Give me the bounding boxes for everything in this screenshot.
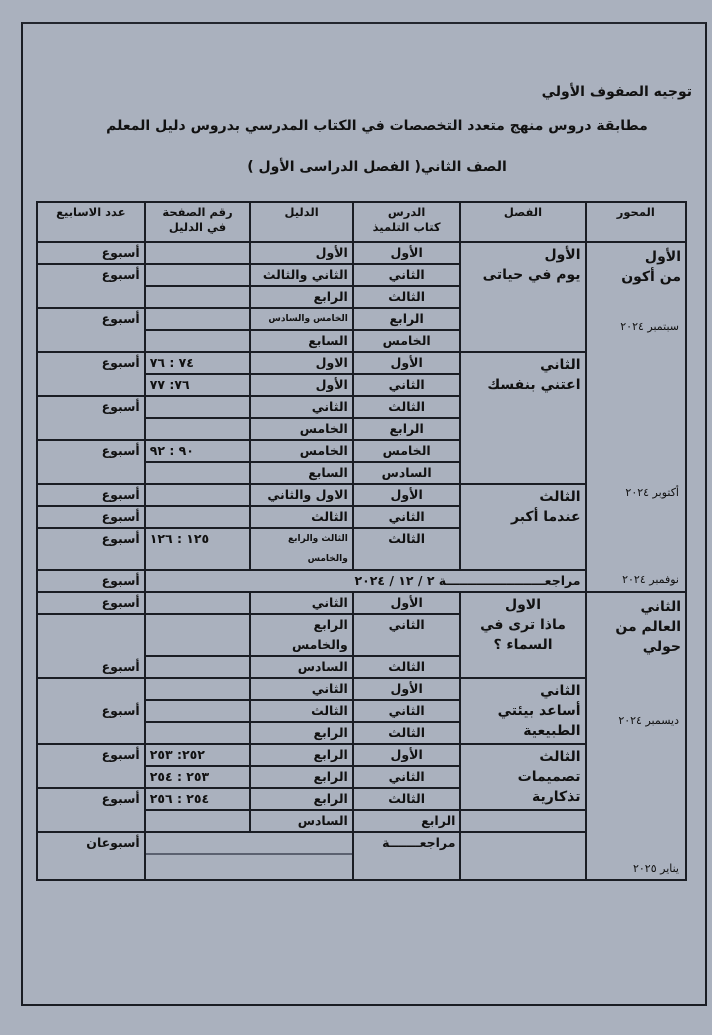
header-page: رقم الصفحةفي الدليل xyxy=(145,202,251,242)
header-fasl: الفصل xyxy=(460,202,585,242)
grade-term-title: الصف الثاني( الفصل الدراسى الأول ) xyxy=(0,159,712,175)
month-label: أكتوبر ٢٠٢٤ xyxy=(625,483,679,503)
header-dars: الدرسكتاب التلميذ xyxy=(353,202,461,242)
axis-cell: الثاني العالم من حولي ديسمبر ٢٠٢٤ يناير … xyxy=(586,592,686,880)
chapter-cell: الثالث عندما أكبر xyxy=(460,484,585,570)
header-weeks: عدد الاسابيع xyxy=(37,202,145,242)
table-row: الأول من أكون سبتمبر ٢٠٢٤ أكتوبر ٢٠٢٤ نو… xyxy=(37,242,686,264)
month-label: نوفمبر ٢٠٢٤ xyxy=(622,570,679,590)
document-subtitle: مطابقة دروس منهج متعدد التخصصات في الكتا… xyxy=(0,118,712,134)
chapter-cell: الأول يوم في حياتى xyxy=(460,242,585,352)
table-header-row: المحور الفصل الدرسكتاب التلميذ الدليل رق… xyxy=(37,202,686,242)
header-mihwar: المحور xyxy=(586,202,686,242)
chapter-cell: الاول ماذا ترى في السماء ؟ xyxy=(460,592,585,678)
header-dalil: الدليل xyxy=(250,202,353,242)
month-label: يناير ٢٠٢٥ xyxy=(633,859,679,879)
month-label: ديسمبر ٢٠٢٤ xyxy=(618,711,679,731)
chapter-cell: الثاني أساعد بيئتي الطبيعية xyxy=(460,678,585,744)
month-label: سبتمبر ٢٠٢٤ xyxy=(620,317,679,337)
curriculum-table: المحور الفصل الدرسكتاب التلميذ الدليل رق… xyxy=(36,201,687,881)
document-heading: توجيه الصفوف الأولي xyxy=(542,84,692,100)
chapter-cell: الثاني اعتني بنفسك xyxy=(460,352,585,484)
table-row: الثاني العالم من حولي ديسمبر ٢٠٢٤ يناير … xyxy=(37,592,686,614)
chapter-cell: الثالث تصميمات تذكارية xyxy=(460,744,585,810)
axis-cell: الأول من أكون سبتمبر ٢٠٢٤ أكتوبر ٢٠٢٤ نو… xyxy=(586,242,686,592)
